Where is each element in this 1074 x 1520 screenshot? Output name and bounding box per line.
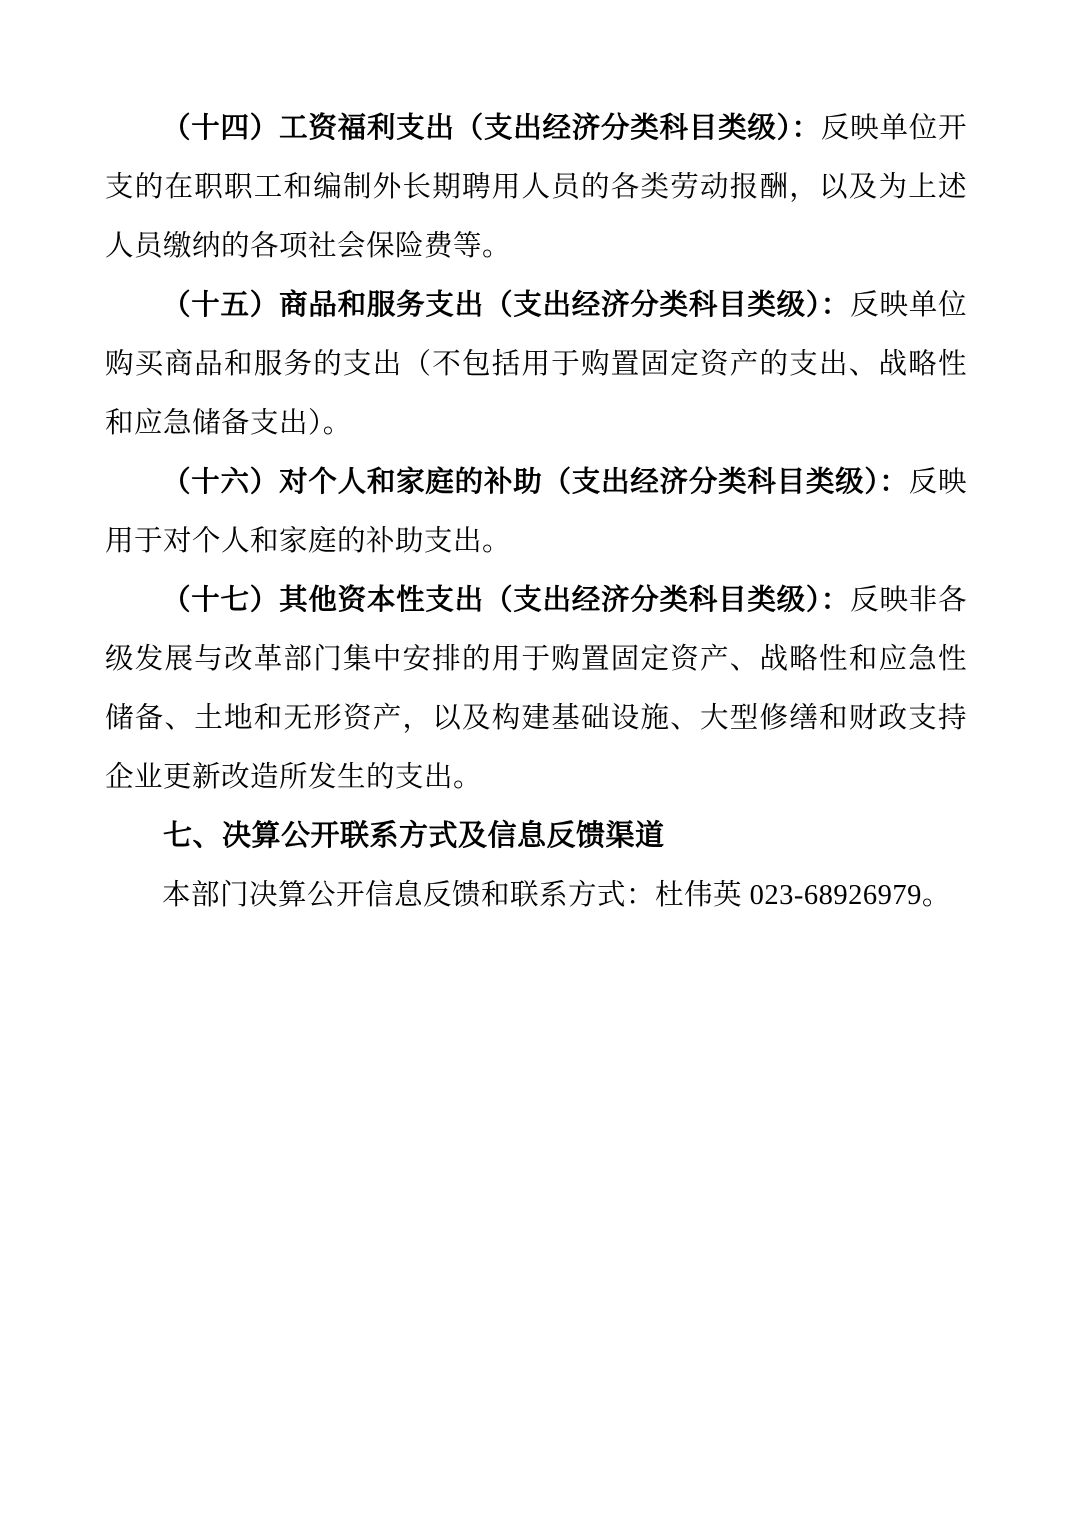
section-heading: 七、决算公开联系方式及信息反馈渠道 — [105, 807, 967, 866]
document-content: （十四）工资福利支出（支出经济分类科目类级）：反映单位开支的在职职工和编制外长期… — [105, 99, 967, 925]
paragraph-expense-16-lead: （十六）对个人和家庭的补助（支出经济分类科目类级）： — [162, 467, 909, 498]
paragraph-expense-14: （十四）工资福利支出（支出经济分类科目类级）：反映单位开支的在职职工和编制外长期… — [105, 99, 967, 276]
document-page: （十四）工资福利支出（支出经济分类科目类级）：反映单位开支的在职职工和编制外长期… — [0, 0, 1074, 1520]
paragraph-expense-17-lead: （十七）其他资本性支出（支出经济分类科目类级）： — [162, 585, 850, 616]
paragraph-expense-17-body: 反映非各级发展与改革部门集中安排的用于购置固定资产、战略性和应急性储备、土地和无… — [105, 585, 967, 793]
contact-line: 本部门决算公开信息反馈和联系方式：杜伟英 023-68926979。 — [105, 866, 967, 925]
paragraph-expense-16: （十六）对个人和家庭的补助（支出经济分类科目类级）：反映用于对个人和家庭的补助支… — [105, 453, 967, 571]
paragraph-expense-15-lead: （十五）商品和服务支出（支出经济分类科目类级）： — [162, 290, 850, 321]
paragraph-expense-17: （十七）其他资本性支出（支出经济分类科目类级）：反映非各级发展与改革部门集中安排… — [105, 571, 967, 807]
paragraph-expense-15: （十五）商品和服务支出（支出经济分类科目类级）：反映单位购买商品和服务的支出（不… — [105, 276, 967, 453]
paragraph-expense-14-lead: （十四）工资福利支出（支出经济分类科目类级）： — [162, 113, 821, 144]
